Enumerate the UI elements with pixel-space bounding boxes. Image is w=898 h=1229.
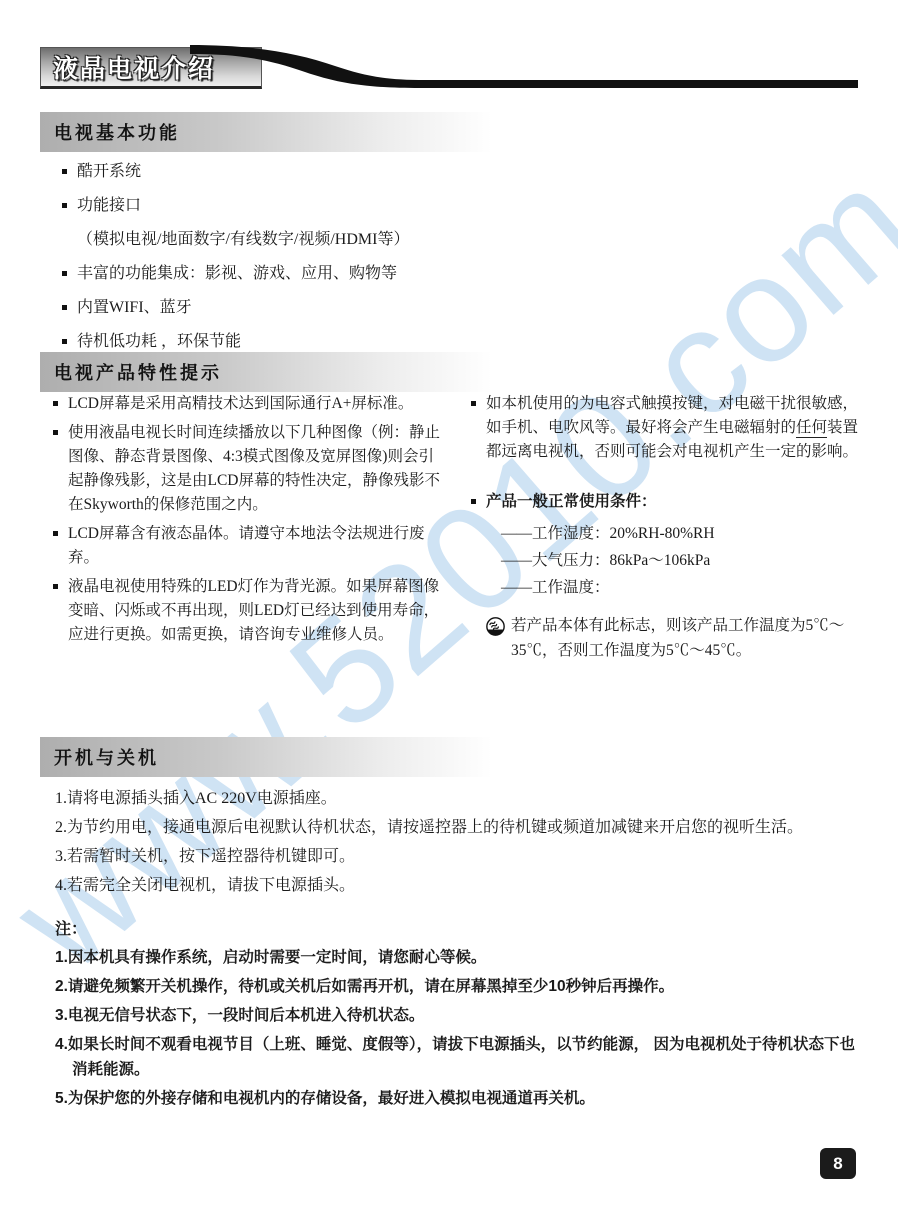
square-bullet-icon <box>53 584 58 589</box>
square-bullet-icon <box>62 203 67 208</box>
list-item: 待机低功耗 ，环保节能 <box>62 330 622 353</box>
list-item: 酷开系统 <box>62 160 622 183</box>
list-item-text: 功能接口 <box>77 194 141 217</box>
climate-note-text: 若产品本体有此标志，则该产品工作温度为5℃～35℃，否则工作温度为5℃～45℃。 <box>511 613 865 663</box>
tropical-climate-icon <box>485 617 506 636</box>
power-step: 3.若需暂时关机，按下遥控器待机键即可。 <box>55 844 845 869</box>
power-steps-list: 1.请将电源插头插入AC 220V电源插座。 2.为节约用电，接通电源后电视默认… <box>55 786 845 902</box>
page-title: 液晶电视介绍 <box>53 49 215 85</box>
list-item-text: LCD屏幕含有液态晶体。请遵守本地法令法规进行废弃。 <box>68 522 445 570</box>
list-item-text: 待机低功耗 ，环保节能 <box>77 330 241 353</box>
list-item: 使用液晶电视长时间连续播放以下几种图像（例：静止图像、静态背景图像、4:3模式图… <box>53 421 445 517</box>
list-item: 丰富的功能集成：影视、游戏、应用、购物等 <box>62 262 622 285</box>
list-item: （模拟电视/地面数字/有线数字/视频/HDMI等） <box>62 228 622 251</box>
list-item-text: 使用液晶电视长时间连续播放以下几种图像（例：静止图像、静态背景图像、4:3模式图… <box>68 421 445 517</box>
square-bullet-icon <box>62 169 67 174</box>
list-item-text: LCD屏幕是采用高精技术达到国际通行A+屏标准。 <box>68 392 413 416</box>
section-heading-text: 电视产品特性提示 <box>54 359 222 385</box>
list-item: LCD屏幕是采用高精技术达到国际通行A+屏标准。 <box>53 392 445 416</box>
emc-text-underlined: 任何 <box>796 419 827 438</box>
section-heading-text: 电视基本功能 <box>54 119 180 145</box>
conditions-list: ——工作湿度：20%RH-80%RH ——大气压力：86kPa～106kPa —… <box>501 520 865 601</box>
list-item-text: 液晶电视使用特殊的LED灯作为背光源。如果屏幕图像变暗、闪烁或不再出现，则LED… <box>68 575 445 647</box>
list-item-text: 丰富的功能集成：影视、游戏、应用、购物等 <box>77 262 397 285</box>
page-number: 8 <box>833 1154 842 1174</box>
note-item: 2.请避免频繁开关机操作，待机或关机后如需再开机，请在屏幕黑掉至少10秒钟后再操… <box>55 974 855 999</box>
conditions-heading-row: 产品一般正常使用条件： <box>471 490 865 514</box>
emc-note: 如本机使用的为电容式触摸按键，对电磁干扰很敏感，如手机、电吹风等。最好将会产生电… <box>471 392 865 464</box>
square-bullet-icon <box>53 531 58 536</box>
square-bullet-icon <box>471 499 476 504</box>
section-heading-text: 开机与关机 <box>54 744 159 770</box>
square-bullet-icon <box>62 339 67 344</box>
page-number-badge: 8 <box>820 1148 856 1179</box>
basic-functions-list: 酷开系统 功能接口 （模拟电视/地面数字/有线数字/视频/HDMI等） 丰富的功… <box>62 160 622 364</box>
section-heading-power: 开机与关机 <box>40 737 492 777</box>
list-item: 液晶电视使用特殊的LED灯作为背光源。如果屏幕图像变暗、闪烁或不再出现，则LED… <box>53 575 445 647</box>
list-item: LCD屏幕含有液态晶体。请遵守本地法令法规进行废弃。 <box>53 522 445 570</box>
note-item: 1.因本机具有操作系统，启动时需要一定时间，请您耐心等候。 <box>55 945 855 970</box>
usage-conditions: 产品一般正常使用条件： ——工作湿度：20%RH-80%RH ——大气压力：86… <box>471 490 865 601</box>
list-item-text: （模拟电视/地面数字/有线数字/视频/HDMI等） <box>77 228 409 251</box>
power-step: 2.为节约用电，接通电源后电视默认待机状态，请按遥控器上的待机键或频道加减键来开… <box>55 815 845 840</box>
square-bullet-icon <box>53 430 58 435</box>
square-bullet-icon <box>62 305 67 310</box>
section-heading-basic-functions: 电视基本功能 <box>40 112 492 152</box>
list-item: 功能接口 <box>62 194 622 217</box>
features-right-column: 如本机使用的为电容式触摸按键，对电磁干扰很敏感，如手机、电吹风等。最好将会产生电… <box>471 392 865 663</box>
power-step: 1.请将电源插头插入AC 220V电源插座。 <box>55 786 845 811</box>
condition-line: ——工作湿度：20%RH-80%RH <box>501 520 865 547</box>
power-step: 4.若需完全关闭电视机，请拔下电源插头。 <box>55 873 845 898</box>
square-bullet-icon <box>471 401 476 406</box>
square-bullet-icon <box>53 401 58 406</box>
power-notes: 注： 1.因本机具有操作系统，启动时需要一定时间，请您耐心等候。 2.请避免频繁… <box>55 916 855 1115</box>
square-bullet-icon <box>62 271 67 276</box>
note-item: 3.电视无信号状态下，一段时间后本机进入待机状态。 <box>55 1003 855 1028</box>
manual-page: 液晶电视介绍 电视基本功能 酷开系统 功能接口 （模拟电视/地面数字/有线数字/… <box>0 0 898 1229</box>
list-item-text: 内置WIFI、蓝牙 <box>77 296 192 319</box>
condition-line: ——工作温度： <box>501 574 865 601</box>
masthead-plate: 液晶电视介绍 <box>40 47 262 89</box>
note-item: 5.为保护您的外接存储和电视机内的存储设备，最好进入模拟电视通道再关机。 <box>55 1086 855 1111</box>
features-left-column: LCD屏幕是采用高精技术达到国际通行A+屏标准。 使用液晶电视长时间连续播放以下… <box>53 392 445 663</box>
list-item: 内置WIFI、蓝牙 <box>62 296 622 319</box>
masthead: 液晶电视介绍 <box>40 44 858 92</box>
section-heading-product-features: 电视产品特性提示 <box>40 352 492 392</box>
climate-note: 若产品本体有此标志，则该产品工作温度为5℃～35℃，否则工作温度为5℃～45℃。 <box>485 613 865 663</box>
list-item-text: 酷开系统 <box>77 160 141 183</box>
notes-label: 注： <box>55 916 855 939</box>
notes-list: 1.因本机具有操作系统，启动时需要一定时间，请您耐心等候。 2.请避免频繁开关机… <box>55 945 855 1111</box>
conditions-heading: 产品一般正常使用条件： <box>486 490 657 514</box>
features-columns: LCD屏幕是采用高精技术达到国际通行A+屏标准。 使用液晶电视长时间连续播放以下… <box>53 392 865 663</box>
note-item: 4.如果长时间不观看电视节目（上班、睡觉、度假等），请拔下电源插头，以节约能源，… <box>55 1032 855 1082</box>
emc-note-text: 如本机使用的为电容式触摸按键，对电磁干扰很敏感，如手机、电吹风等。最好将会产生电… <box>486 392 865 464</box>
condition-line: ——大气压力：86kPa～106kPa <box>501 547 865 574</box>
